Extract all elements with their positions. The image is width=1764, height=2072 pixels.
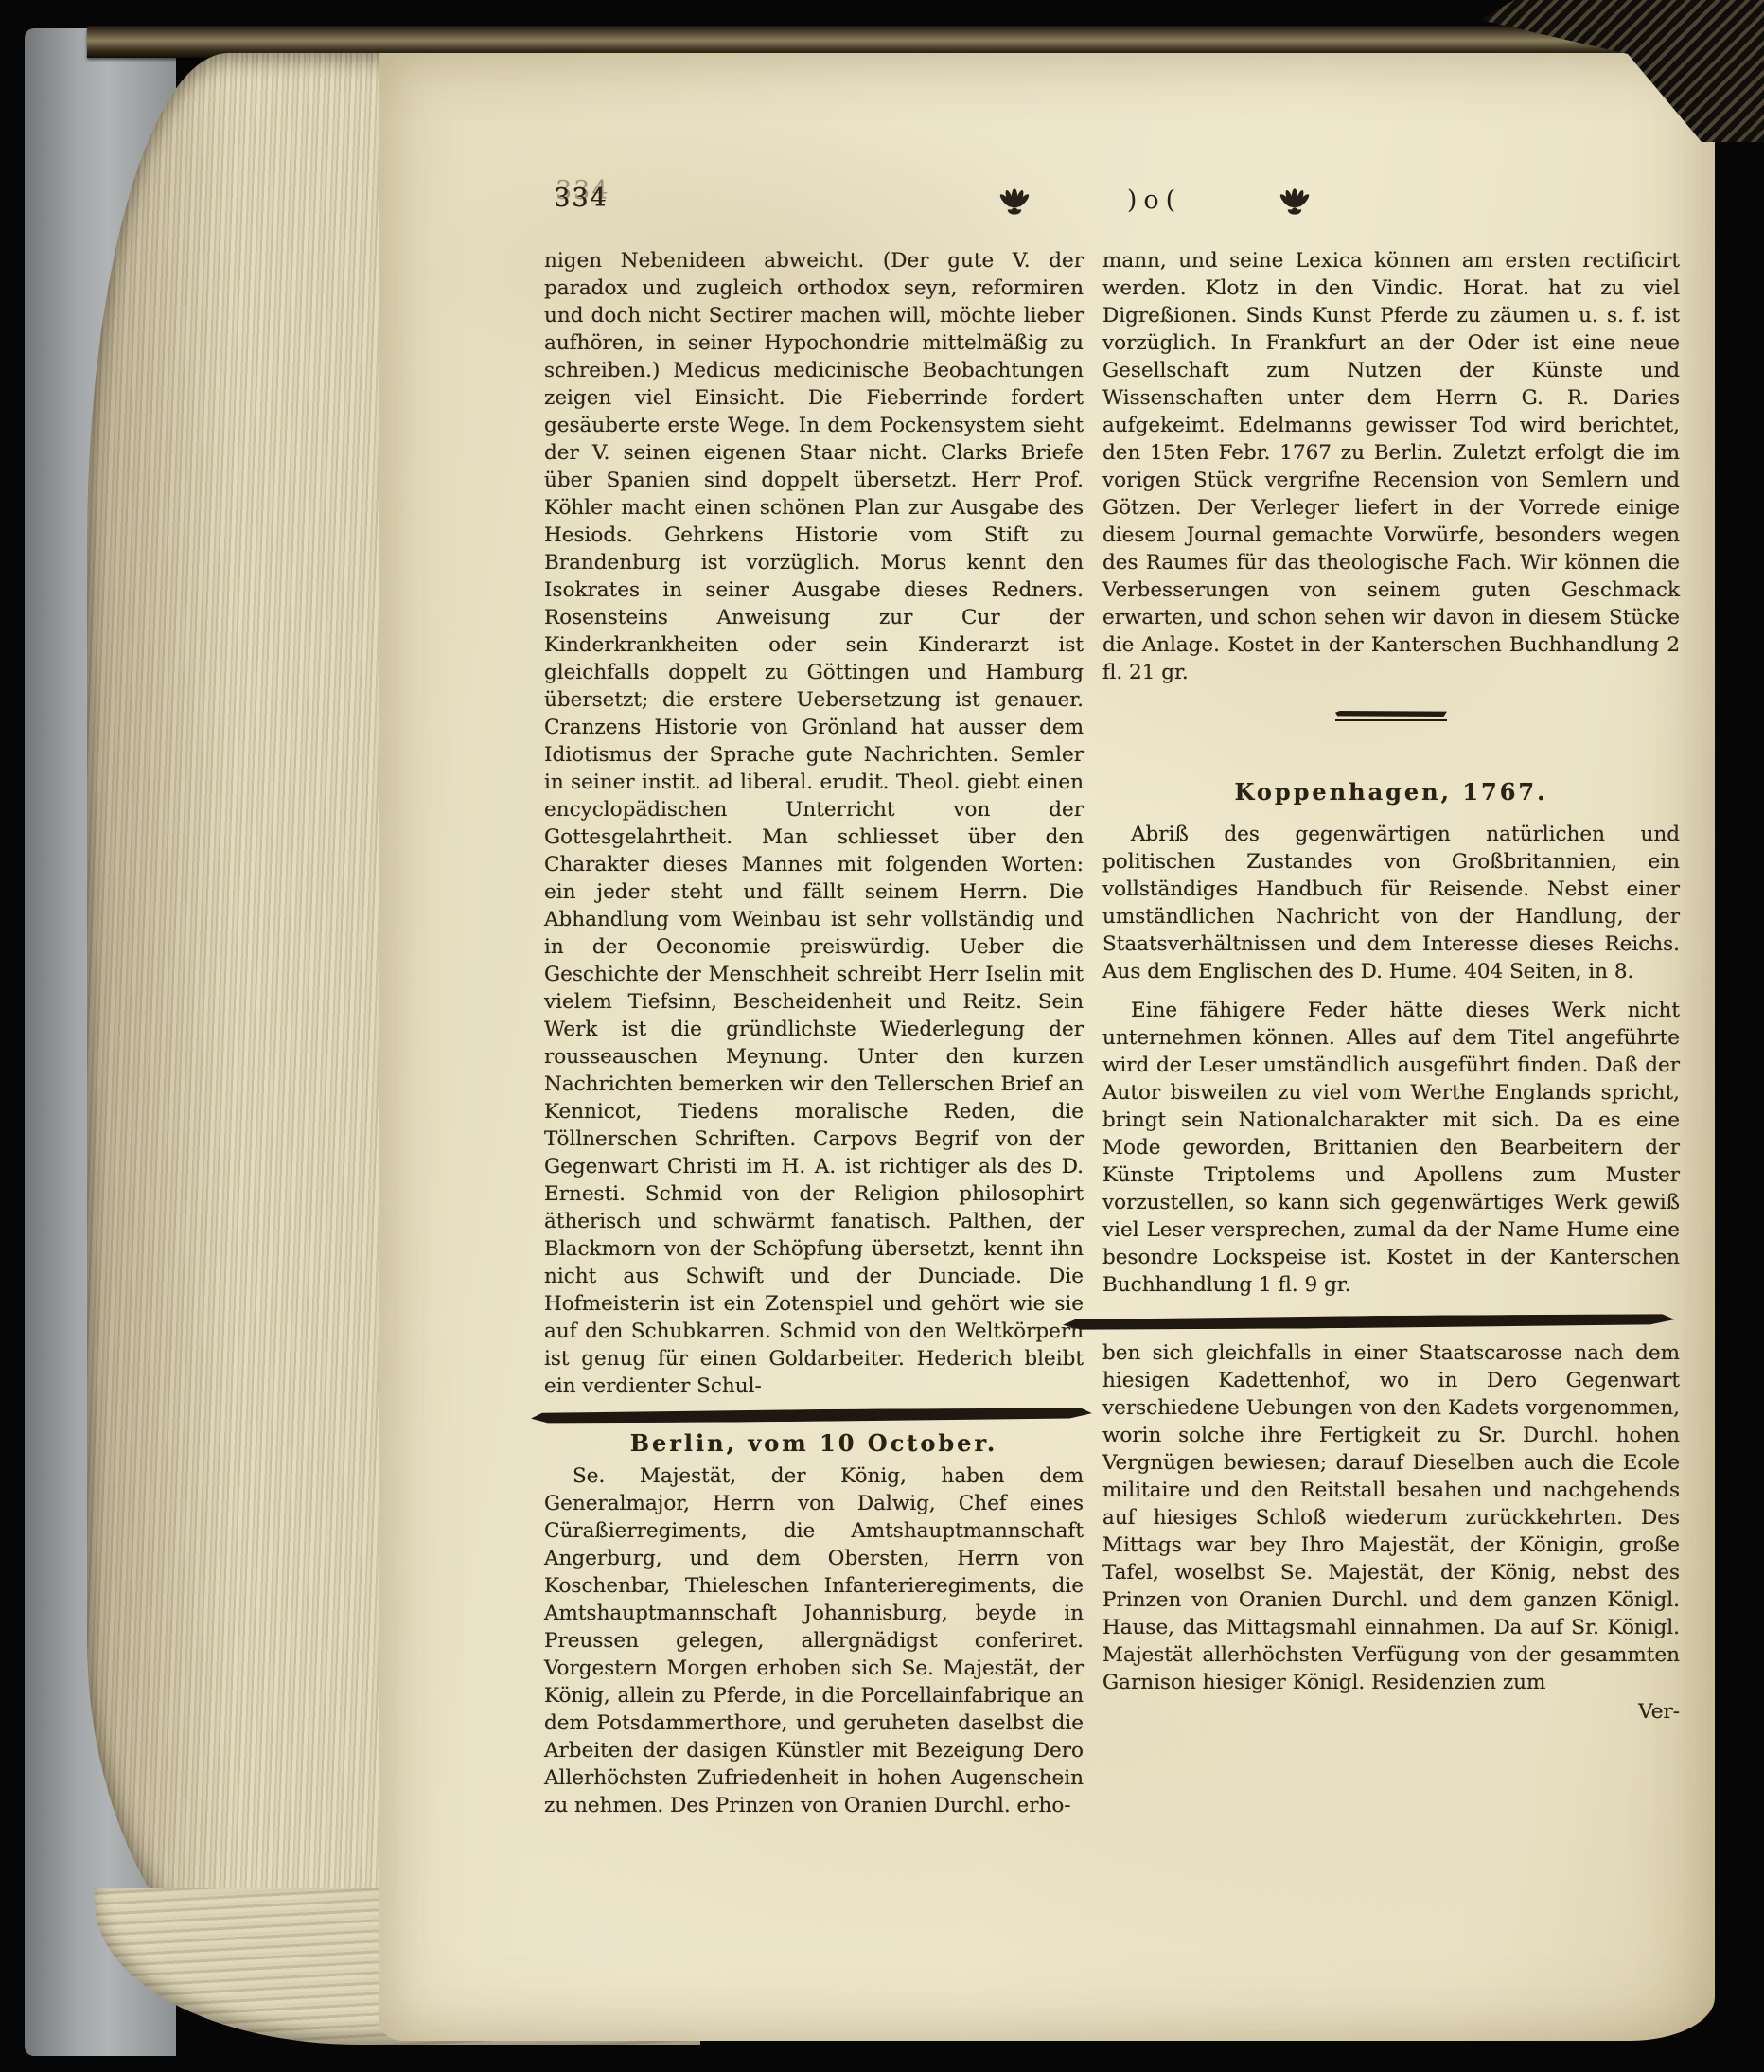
- divider-thin-bar: [1335, 719, 1447, 722]
- koppenhagen-review-paragraph: Eine fähigere Feder hätte dieses Werk ni…: [1102, 997, 1680, 1299]
- koppenhagen-heading: Koppenhagen, 1767.: [1102, 778, 1680, 806]
- catchword: Ver-: [1102, 1698, 1680, 1726]
- announcement-paragraph: Abriß des gegenwärtigen natürlichen und …: [1102, 821, 1680, 985]
- page-stack-fore-edge: [87, 53, 418, 2039]
- review-continuation-paragraph: mann, und seine Lexica können am ersten …: [1102, 247, 1680, 686]
- review-paragraph: nigen Nebenideen abweicht. (Der gute V. …: [544, 247, 1084, 1400]
- column-separator-mark: )o(: [1127, 186, 1182, 215]
- berlin-paragraph: Se. Majestät, der König, haben dem Gener…: [544, 1462, 1084, 1819]
- section-rule: [1063, 1314, 1675, 1331]
- text-columns: nigen Nebenideen abweicht. (Der gute V. …: [544, 247, 1680, 1819]
- page-number: 334: [554, 184, 609, 213]
- section-divider: [1335, 711, 1447, 721]
- scanned-book-photo: 334 )o(: [0, 0, 1764, 2072]
- right-column: mann, und seine Lexica können am ersten …: [1102, 247, 1680, 1819]
- berlin-continuation-paragraph: ben sich gleichfalls in einer Staatscaro…: [1102, 1339, 1680, 1696]
- shell-ornament-left-icon: [998, 187, 1031, 216]
- left-column: nigen Nebenideen abweicht. (Der gute V. …: [544, 247, 1084, 1819]
- shell-ornament-right-icon: [1279, 187, 1311, 216]
- book-page: 334 )o(: [379, 53, 1715, 2041]
- divider-thick-bar: [1335, 711, 1447, 717]
- section-rule: [531, 1408, 1092, 1424]
- berlin-heading: Berlin, vom 10 October.: [544, 1429, 1084, 1457]
- running-head-ornaments: )o(: [998, 186, 1311, 218]
